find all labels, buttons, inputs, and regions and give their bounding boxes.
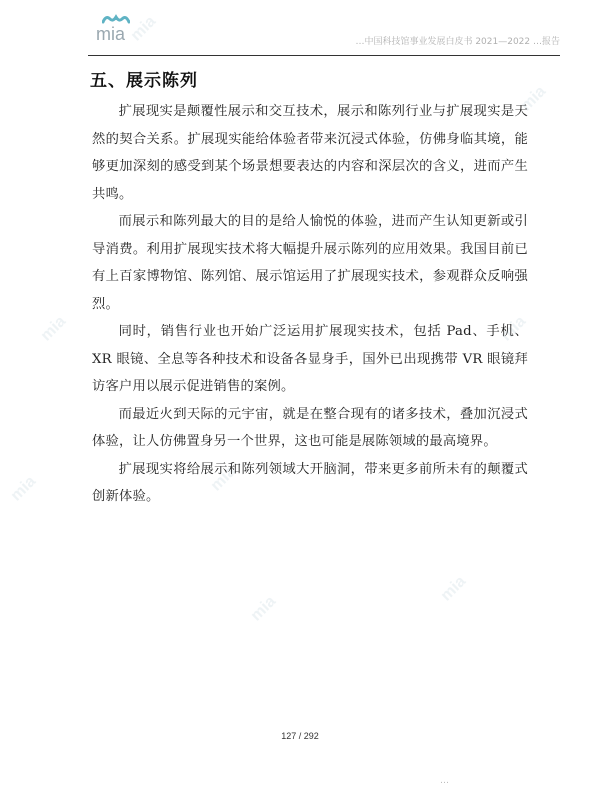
source-watermark: … [440, 776, 449, 786]
watermark: mia [438, 573, 470, 605]
header-divider [88, 55, 560, 56]
section-title: 五、展示陈列 [90, 66, 198, 91]
logo-text: mia [96, 24, 125, 45]
paragraph: 扩展现实将给展示和陈列领域大开脑洞，带来更多前所未有的颠覆式创新体验。 [92, 456, 528, 511]
paragraph: 同时，销售行业也开始广泛运用扩展现实技术，包括 Pad、手机、XR 眼镜、全息等… [92, 318, 528, 401]
logo: mia [96, 12, 136, 42]
body-text: 扩展现实是颠覆性展示和交互技术，展示和陈列行业与扩展现实是天然的契合关系。扩展现… [92, 98, 528, 511]
watermark: mia [248, 593, 280, 625]
logo-wave-icon [102, 14, 130, 24]
running-header: …中国科技馆事业发展白皮书 2021—2022 …报告 [355, 34, 560, 47]
paragraph: 而最近火到天际的元宇宙，就是在整合现有的诸多技术，叠加沉浸式体验，让人仿佛置身另… [92, 401, 528, 456]
page-number: 127 / 292 [0, 731, 600, 741]
paragraph: 而展示和陈列最大的目的是给人愉悦的体验，进而产生认知更新或引导消费。利用扩展现实… [92, 208, 528, 318]
paragraph: 扩展现实是颠覆性展示和交互技术，展示和陈列行业与扩展现实是天然的契合关系。扩展现… [92, 98, 528, 208]
watermark: mia [38, 313, 70, 345]
watermark: mia [8, 473, 40, 505]
